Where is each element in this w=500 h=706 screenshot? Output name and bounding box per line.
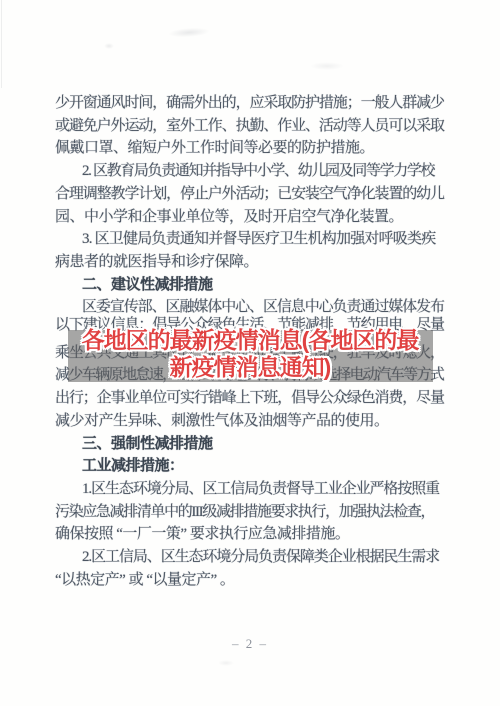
section-heading: 三、强制性减排措施	[82, 436, 213, 452]
overlay-title-line1: 各地区的最新疫情消息(各地区的最	[40, 327, 460, 354]
text-line: 或避免户外运动，室外工作、执勤、作业、活动等人员可以采取	[55, 118, 444, 134]
text-line: 区委宣传部、区融媒体中心、区信息中心负责通过媒体发布	[82, 299, 444, 315]
page-number: – 2 –	[0, 636, 500, 652]
text-line: 佩戴口罩、缩短户外工作时间等必要的防护措施。	[55, 140, 374, 156]
text-line: 确保按照 “一厂一策” 要求执行应急减排措施。	[55, 526, 349, 542]
overlay-title: 各地区的最新疫情消息(各地区的最 新疫情消息通知)	[40, 327, 460, 380]
scan-edge-artifact	[1, 0, 2, 88]
text-line: 园、中小学和企事业单位等，及时开启空气净化装置。	[55, 209, 403, 225]
text-line: 2. 区教育局负责通知并指导中小学、幼儿园及同等学力学校	[82, 163, 434, 179]
text-line: 减少对产生异味、刺激性气体及油烟等产品的使用。	[55, 413, 389, 429]
text-line: 污染应急减排清单中的III级减排措施要求执行，加强执法检查，	[55, 504, 434, 520]
scan-smudge	[168, 27, 211, 39]
section-heading: 工业减排措施：	[82, 458, 184, 474]
section-heading: 二、建议性减排措施	[82, 277, 213, 293]
text-line: 少开窗通风时间，确需外出的，应采取防护措施；一般人群减少	[55, 95, 444, 111]
overlay-title-line2: 新疫情消息通知)	[40, 354, 460, 381]
document-page: 少开窗通风时间，确需外出的，应采取防护措施；一般人群减少或避免户外运动，室外工作…	[0, 0, 500, 706]
text-line: “以热定产” 或 “以量定产” 。	[55, 572, 234, 588]
scan-smudge	[218, 660, 234, 666]
text-line: 1.区生态环境分局、区工信局负责督导工业企业严格按照重	[82, 481, 439, 497]
scan-smudge	[104, 43, 114, 49]
scan-smudge	[310, 62, 344, 70]
text-line: 病患者的就医指导和诊疗保障。	[55, 254, 258, 270]
text-line: 3. 区卫健局负责通知并督导医疗卫生机构加强对呼吸类疾	[82, 231, 435, 247]
text-line: 合理调整教学计划，停止户外活动；已安装空气净化装置的幼儿	[55, 186, 444, 202]
text-line: 出行；企事业单位可实行错峰上下班，倡导公众绿色消费，尽量	[55, 390, 444, 406]
text-line: 2.区工信局、区生态环境分局负责保障类企业根据民生需求	[82, 549, 439, 565]
